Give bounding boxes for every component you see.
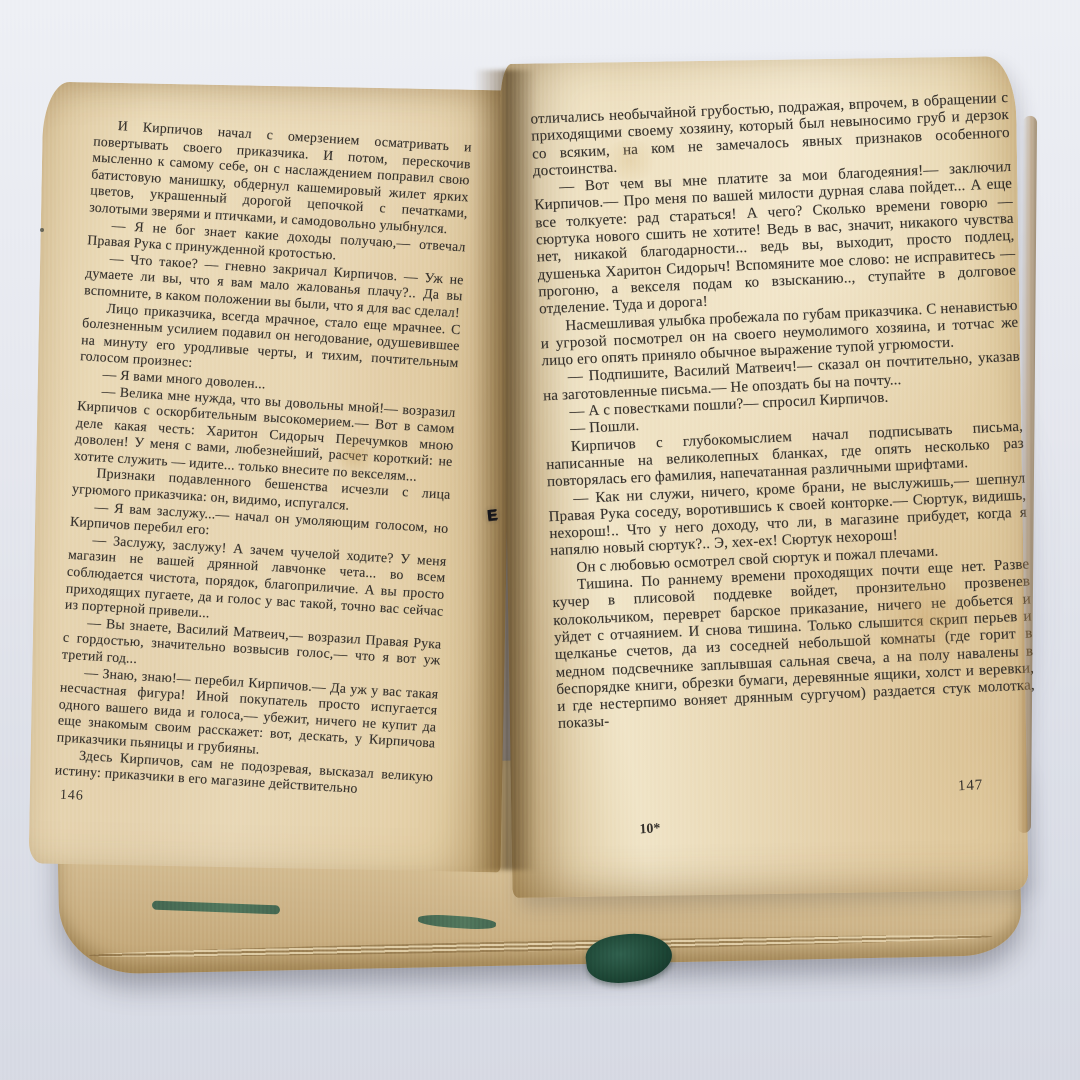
left-page-text: И Кирпичов начал с омерзением осматриват… xyxy=(54,117,472,803)
left-page: И Кирпичов начал с омерзением осматриват… xyxy=(29,82,516,873)
right-page: отличались необычайной грубостью, подраж… xyxy=(499,56,1028,898)
signature-mark: 10* xyxy=(639,821,661,838)
paragraph: — Вот чем вы мне платите за мои благодея… xyxy=(533,159,1017,319)
dust-speck xyxy=(40,228,44,232)
page-number-left: 146 xyxy=(59,788,84,805)
page-number-right: 147 xyxy=(957,777,983,795)
right-page-text: отличались необычайной грубостью, подраж… xyxy=(530,90,1036,734)
ink-stamp: Е xyxy=(480,503,504,527)
paragraph: Тишина. По раннему времени проходящих по… xyxy=(551,556,1036,733)
photo-background: И Кирпичов начал с омерзением осматриват… xyxy=(0,0,1080,1080)
